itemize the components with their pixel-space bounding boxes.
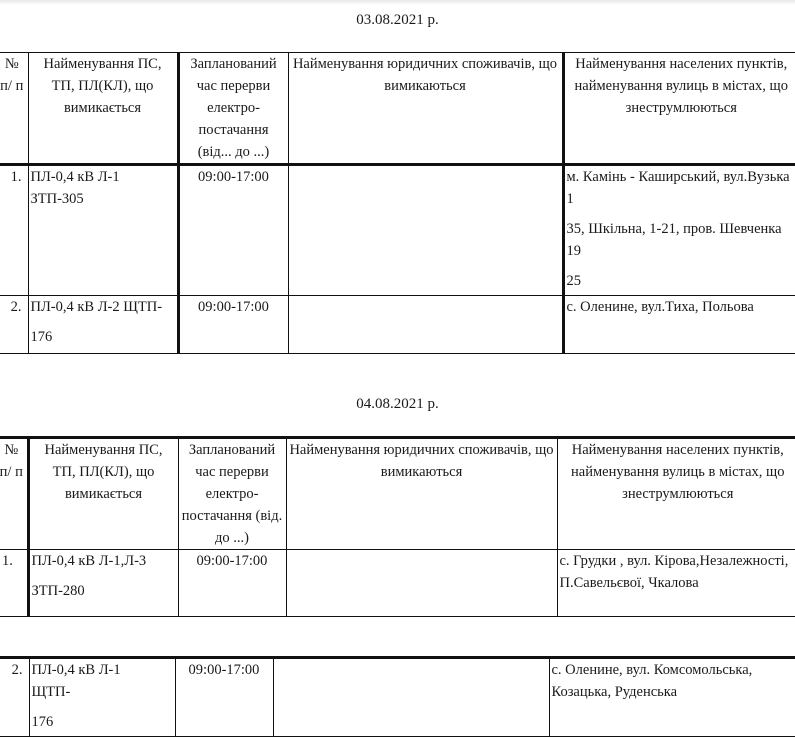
outage-table-continued: 2. ПЛ-0,4 кВ Л-1 ЩТП- 176 09:00-17:00 с.… xyxy=(0,656,795,737)
row-places: м. Камінь - Каширський, вул.Вузька 1 35,… xyxy=(563,165,795,296)
row-object: ПЛ-0,4 кВ Л-1 ЗТП-305 xyxy=(28,165,178,296)
header-number: № п/ п xyxy=(0,438,28,550)
header-legal-consumers: Найменування юридичних споживачів, що ви… xyxy=(288,53,563,165)
outage-table: № п/ п Найменування ПС, ТП, ПЛ(КЛ), що в… xyxy=(0,52,795,354)
row-number: 1. xyxy=(0,550,28,617)
object-line: ЗТП-280 xyxy=(32,580,176,602)
row-number: 2. xyxy=(0,658,29,737)
header-places: Найменування населених пунктів, найменув… xyxy=(563,53,795,165)
places-paragraph: с. Оленине, вул. Комсомольська, Козацька… xyxy=(552,659,795,703)
row-legal-consumers xyxy=(273,658,549,737)
table-header-row: № п/ п Найменування ПС, ТП, ПЛ(КЛ), що в… xyxy=(0,53,795,165)
row-legal-consumers xyxy=(288,165,563,296)
table-header-row: № п/ п Найменування ПС, ТП, ПЛ(КЛ), що в… xyxy=(0,438,795,550)
places-paragraph: 25 xyxy=(567,270,795,292)
row-legal-consumers xyxy=(286,550,557,617)
row-time: 09:00-17:00 xyxy=(178,296,288,354)
object-line: ПЛ-0,4 кВ Л-1,Л-3 xyxy=(32,550,176,572)
row-legal-consumers xyxy=(288,296,563,354)
table-row: 2. ПЛ-0,4 кВ Л-1 ЩТП- 176 09:00-17:00 с.… xyxy=(0,658,795,737)
table-row: 1. ПЛ-0,4 кВ Л-1,Л-3 ЗТП-280 09:00-17:00… xyxy=(0,550,795,617)
header-time: Запланований час перерви електро-постача… xyxy=(178,438,286,550)
row-number: 1. xyxy=(0,165,28,296)
table-row: 1. ПЛ-0,4 кВ Л-1 ЗТП-305 09:00-17:00 м. … xyxy=(0,165,795,296)
row-time: 09:00-17:00 xyxy=(178,165,288,296)
table-row: 2. ПЛ-0,4 кВ Л-2 ЩТП- 176 09:00-17:00 с.… xyxy=(0,296,795,354)
header-object: Найменування ПС, ТП, ПЛ(КЛ), що вимикаєт… xyxy=(28,53,178,165)
header-time: Запланований час перерви електро-постача… xyxy=(178,53,288,165)
outage-table: № п/ п Найменування ПС, ТП, ПЛ(КЛ), що в… xyxy=(0,436,795,617)
section-date: 03.08.2021 р. xyxy=(0,12,795,29)
row-object: ПЛ-0,4 кВ Л-1 ЩТП- 176 xyxy=(29,658,175,737)
row-places: с. Оленине, вул. Комсомольська, Козацька… xyxy=(549,658,795,737)
row-places: с. Оленине, вул.Тиха, Польова xyxy=(563,296,795,354)
object-line: 176 xyxy=(32,711,173,733)
places-paragraph: с. Оленине, вул.Тиха, Польова xyxy=(567,296,795,318)
row-number: 2. xyxy=(0,296,28,354)
places-paragraph: 35, Шкільна, 1-21, пров. Шевченка 19 xyxy=(567,218,795,262)
header-number: № п/ п xyxy=(0,53,28,165)
row-object: ПЛ-0,4 кВ Л-2 ЩТП- 176 xyxy=(28,296,178,354)
row-object: ПЛ-0,4 кВ Л-1,Л-3 ЗТП-280 xyxy=(28,550,178,617)
header-object: Найменування ПС, ТП, ПЛ(КЛ), що вимикаєт… xyxy=(28,438,178,550)
row-time: 09:00-17:00 xyxy=(178,550,286,617)
places-paragraph: м. Камінь - Каширський, вул.Вузька 1 xyxy=(567,166,795,210)
header-legal-consumers: Найменування юридичних споживачів, що ви… xyxy=(286,438,557,550)
header-places: Найменування населених пунктів, найменув… xyxy=(557,438,795,550)
object-line: 176 xyxy=(31,326,175,348)
object-line: ЩТП- xyxy=(32,681,173,703)
row-time: 09:00-17:00 xyxy=(175,658,273,737)
object-line: ПЛ-0,4 кВ Л-2 ЩТП- xyxy=(31,296,175,318)
object-line: ПЛ-0,4 кВ Л-1 xyxy=(32,659,173,681)
section-date: 04.08.2021 р. xyxy=(0,396,795,413)
places-paragraph: с. Грудки , вул. Кірова,Незалежності, П.… xyxy=(560,550,795,594)
top-shadow-bar xyxy=(0,0,795,5)
object-line: ПЛ-0,4 кВ Л-1 xyxy=(31,166,175,188)
object-line: ЗТП-305 xyxy=(31,188,175,210)
row-places: с. Грудки , вул. Кірова,Незалежності, П.… xyxy=(557,550,795,617)
